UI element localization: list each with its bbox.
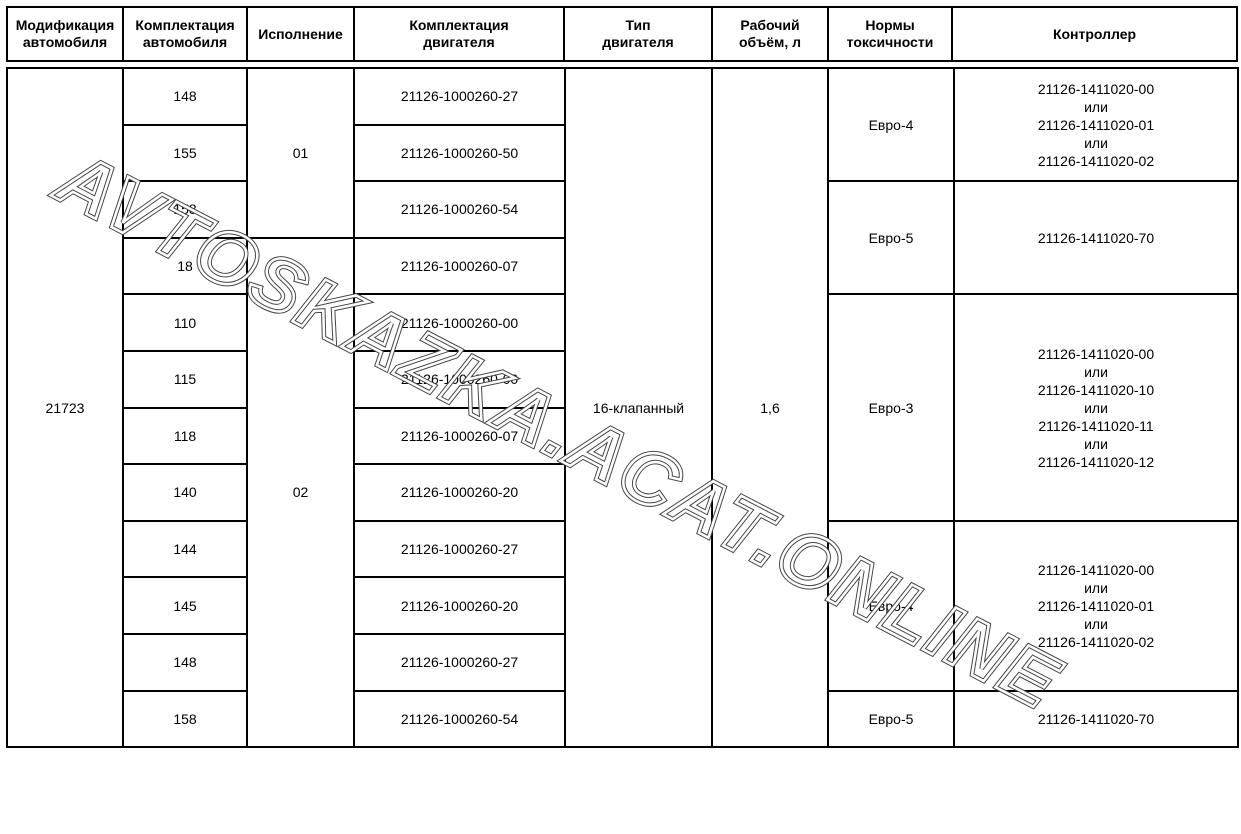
controller-part-number: 21126-1411020-70 xyxy=(955,229,1237,247)
modification-cell: 21723 xyxy=(7,68,123,747)
controller-part-number: 21126-1411020-02 xyxy=(955,633,1237,651)
engine-trim-cell: 21126-1000260-20 xyxy=(354,577,565,634)
engine-trim-cell: 21126-1000260-27 xyxy=(354,521,565,578)
header-line: объём, л xyxy=(713,34,827,51)
compatibility-table: 217231480121126-1000260-2716-клапанный1,… xyxy=(6,67,1239,748)
header-line: автомобиля xyxy=(124,34,246,51)
header-line: Комплектация xyxy=(124,17,246,34)
trim-cell: 118 xyxy=(123,408,247,465)
controller-part-number: 21126-1411020-01 xyxy=(955,116,1237,134)
engine-trim-cell: 21126-1000260-00 xyxy=(354,351,565,408)
controller-cell: 21126-1411020-70 xyxy=(954,181,1238,294)
controller-cell: 21126-1411020-00или21126-1411020-10или21… xyxy=(954,294,1238,520)
engine-type-cell: 16-клапанный xyxy=(565,68,712,747)
trim-cell: 148 xyxy=(123,634,247,691)
column-header-trim: Комплектацияавтомобиля xyxy=(123,7,247,61)
controller-part-number: 21126-1411020-10 xyxy=(955,381,1237,399)
or-separator: или xyxy=(955,98,1237,116)
header-line: Контроллер xyxy=(953,26,1236,43)
trim-cell: 110 xyxy=(123,294,247,351)
displacement-cell: 1,6 xyxy=(712,68,828,747)
version-cell: 02 xyxy=(247,238,354,747)
emission-norm-cell: Евро-5 xyxy=(828,181,954,294)
column-header-emission-norm: Нормытоксичности xyxy=(828,7,952,61)
trim-cell: 18 xyxy=(123,238,247,295)
controller-cell: 21126-1411020-70 xyxy=(954,691,1238,748)
header-line: Комплектация xyxy=(355,17,563,34)
controller-part-number: 21126-1411020-02 xyxy=(955,152,1237,170)
header-line: двигателя xyxy=(565,34,711,51)
emission-norm-cell: Евро-3 xyxy=(828,294,954,520)
column-header-engine-trim: Комплектациядвигателя xyxy=(354,7,564,61)
header-line: автомобиля xyxy=(8,34,122,51)
or-separator: или xyxy=(955,134,1237,152)
engine-trim-cell: 21126-1000260-27 xyxy=(354,68,565,125)
header-line: Нормы xyxy=(829,17,951,34)
version-cell: 01 xyxy=(247,68,354,238)
or-separator: или xyxy=(955,435,1237,453)
header-row: МодификацияавтомобиляКомплектацияавтомоб… xyxy=(7,7,1237,61)
column-header-modification: Модификацияавтомобиля xyxy=(7,7,123,61)
or-separator: или xyxy=(955,579,1237,597)
trim-cell: 158 xyxy=(123,181,247,238)
controller-part-number: 21126-1411020-00 xyxy=(955,345,1237,363)
header-line: Тип xyxy=(565,17,711,34)
column-header-engine-type: Типдвигателя xyxy=(564,7,712,61)
engine-trim-cell: 21126-1000260-54 xyxy=(354,691,565,748)
engine-trim-cell: 21126-1000260-54 xyxy=(354,181,565,238)
header-line: двигателя xyxy=(355,34,563,51)
column-header-displacement: Рабочийобъём, л xyxy=(712,7,828,61)
table-row: 217231480121126-1000260-2716-клапанный1,… xyxy=(7,68,1238,125)
trim-cell: 140 xyxy=(123,464,247,521)
controller-cell: 21126-1411020-00или21126-1411020-01или21… xyxy=(954,68,1238,181)
emission-norm-cell: Евро-5 xyxy=(828,691,954,748)
emission-norm-cell: Евро-4 xyxy=(828,521,954,691)
engine-trim-cell: 21126-1000260-07 xyxy=(354,408,565,465)
column-header-controller: Контроллер xyxy=(952,7,1237,61)
controller-part-number: 21126-1411020-12 xyxy=(955,453,1237,471)
trim-cell: 158 xyxy=(123,691,247,748)
or-separator: или xyxy=(955,399,1237,417)
engine-trim-cell: 21126-1000260-07 xyxy=(354,238,565,295)
column-header-version: Исполнение xyxy=(247,7,354,61)
controller-part-number: 21126-1411020-00 xyxy=(955,561,1237,579)
engine-trim-cell: 21126-1000260-27 xyxy=(354,634,565,691)
trim-cell: 148 xyxy=(123,68,247,125)
engine-trim-cell: 21126-1000260-00 xyxy=(354,294,565,351)
controller-cell: 21126-1411020-00или21126-1411020-01или21… xyxy=(954,521,1238,691)
or-separator: или xyxy=(955,615,1237,633)
header-line: Исполнение xyxy=(248,26,353,43)
header-line: Рабочий xyxy=(713,17,827,34)
table-body: 217231480121126-1000260-2716-клапанный1,… xyxy=(7,68,1238,747)
controller-part-number: 21126-1411020-00 xyxy=(955,80,1237,98)
controller-part-number: 21126-1411020-11 xyxy=(955,417,1237,435)
trim-cell: 155 xyxy=(123,125,247,182)
or-separator: или xyxy=(955,363,1237,381)
trim-cell: 144 xyxy=(123,521,247,578)
header-table: МодификацияавтомобиляКомплектацияавтомоб… xyxy=(6,6,1238,62)
trim-cell: 115 xyxy=(123,351,247,408)
controller-part-number: 21126-1411020-70 xyxy=(955,710,1237,728)
controller-part-number: 21126-1411020-01 xyxy=(955,597,1237,615)
trim-cell: 145 xyxy=(123,577,247,634)
engine-trim-cell: 21126-1000260-50 xyxy=(354,125,565,182)
emission-norm-cell: Евро-4 xyxy=(828,68,954,181)
engine-trim-cell: 21126-1000260-20 xyxy=(354,464,565,521)
header-line: Модификация xyxy=(8,17,122,34)
header-line: токсичности xyxy=(829,34,951,51)
